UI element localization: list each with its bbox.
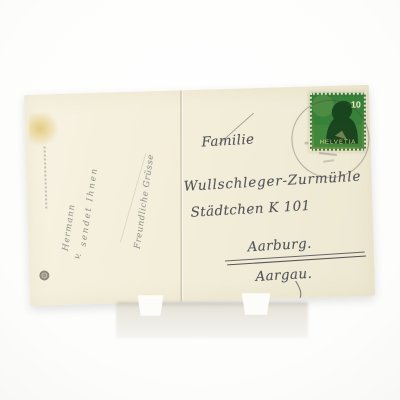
photo-backdrop: Freundliche Grüsse sendet Ihnen Hermann … (0, 0, 400, 400)
address-line-canton: Aargau. (255, 266, 313, 285)
sender-note-line: Hermann (61, 203, 78, 252)
postmark-smudge (323, 159, 334, 162)
sender-note-line: Freundliche Grüsse (133, 153, 157, 249)
postmark-smudge (319, 152, 337, 156)
postmark-smudge (305, 142, 309, 145)
postcard: Freundliche Grüsse sendet Ihnen Hermann … (24, 85, 375, 306)
sender-note: Freundliche Grüsse sendet Ihnen Hermann … (55, 131, 174, 262)
address-line-familie: Familie (201, 131, 255, 150)
sender-note-line: sendet Ihnen (79, 166, 100, 247)
yellow-stain (29, 112, 58, 145)
sender-note-line: v. (72, 251, 84, 261)
